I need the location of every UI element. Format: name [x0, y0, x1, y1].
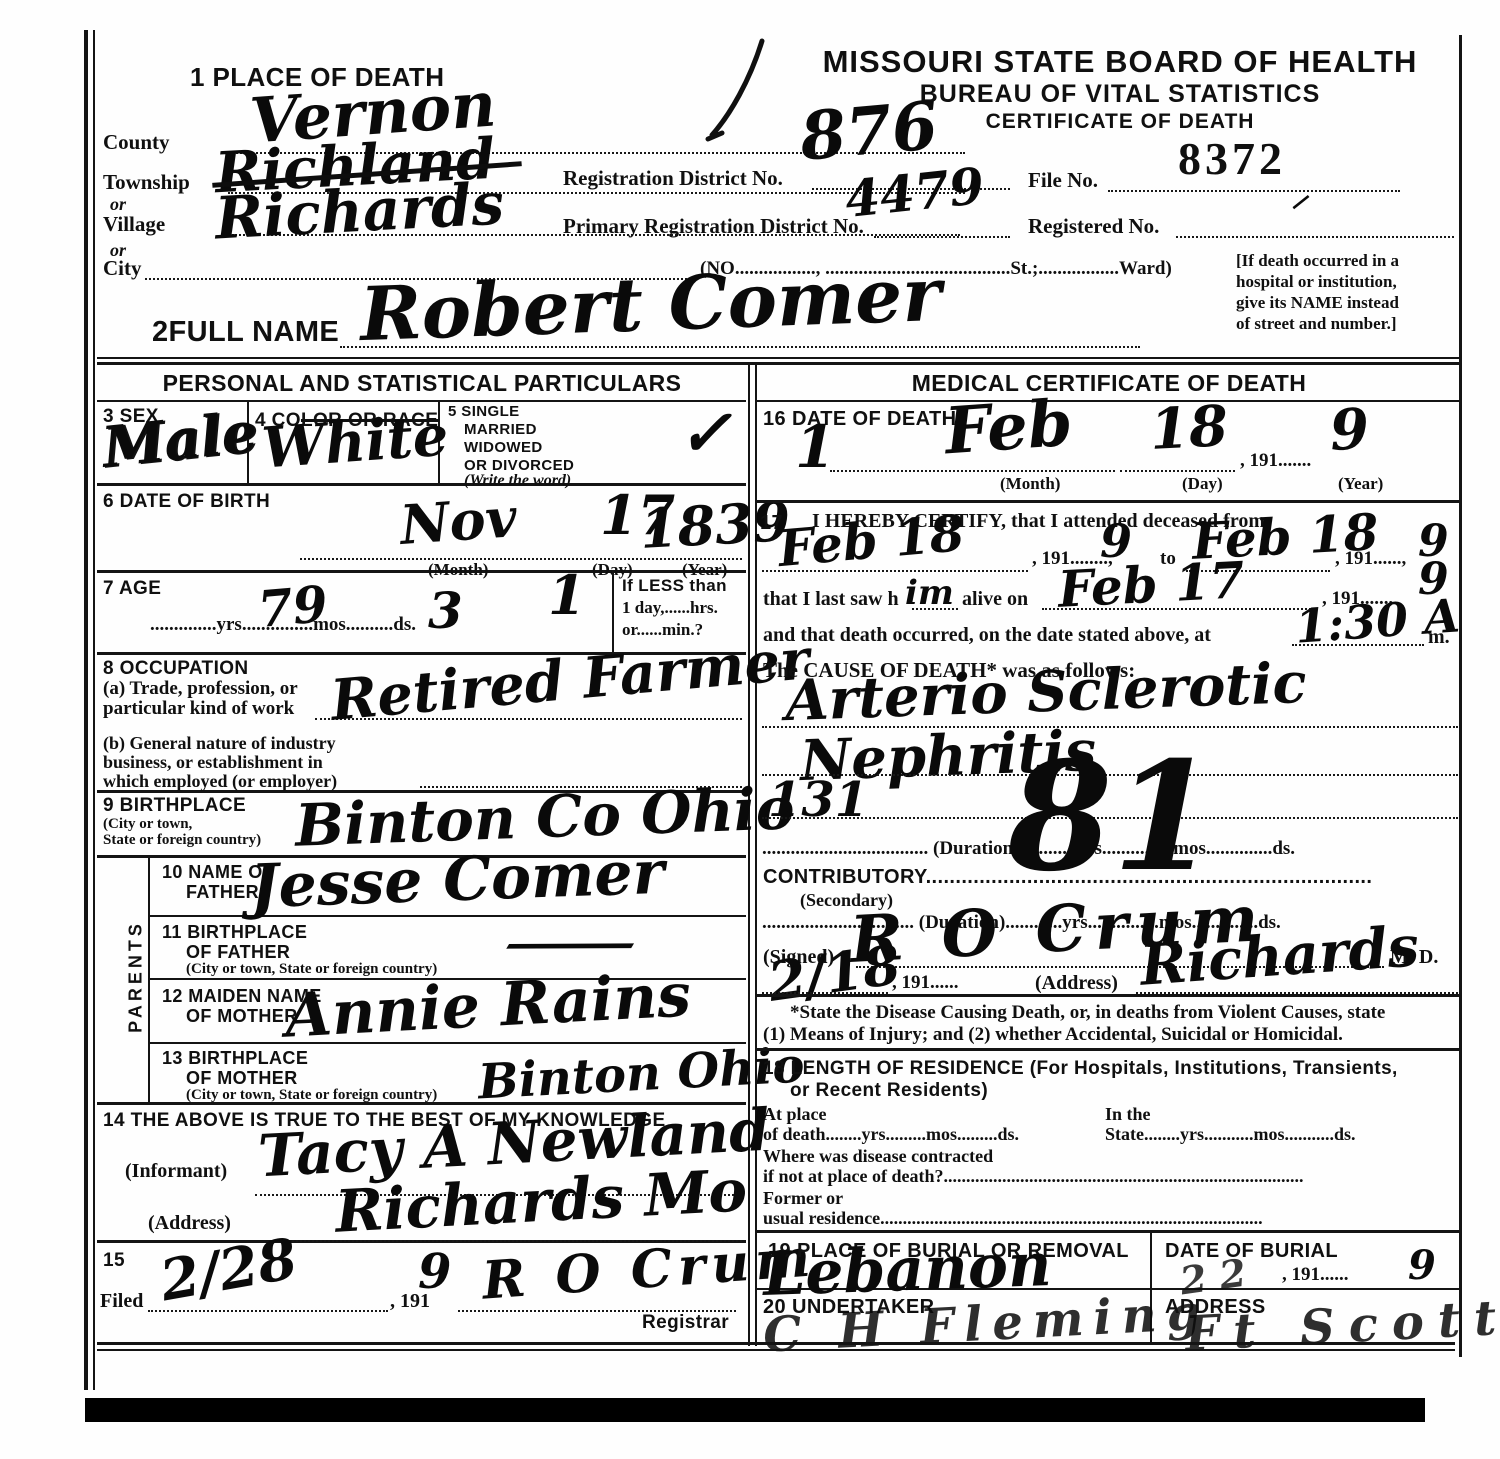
primary-registration-dotted — [874, 234, 1010, 238]
filed-label: Filed — [100, 1290, 143, 1313]
filed-no: 15 — [103, 1250, 125, 1272]
cause-line1-value: Arterio Sclerotic — [784, 655, 1307, 729]
footnote-top-line — [757, 994, 1461, 997]
dob-label: 6 DATE OF BIRTH — [103, 491, 270, 513]
county-label: County — [103, 130, 170, 155]
age-months-value: 3 — [428, 586, 463, 636]
hospital-note-line2: hospital or institution, — [1236, 271, 1426, 292]
band-top-line-2 — [97, 362, 1461, 365]
registration-district-label: Registration District No. — [563, 166, 783, 191]
in-state-label2: State........yrs...........mos..........… — [1105, 1124, 1356, 1145]
mother-bp-label1: 13 BIRTHPLACE — [162, 1048, 308, 1069]
marital-checkmark: ✓ — [678, 402, 732, 466]
dod-month-value: Feb — [943, 392, 1075, 465]
file-no-dotted — [1108, 188, 1400, 192]
contributory-label: CONTRIBUTORY............................… — [763, 866, 1372, 889]
dod-day-dotted — [1120, 468, 1235, 472]
father-bp-label2: OF FATHER — [186, 942, 290, 963]
marital-option-2: MARRIED — [464, 421, 537, 438]
burial-year-value: 9 — [1408, 1246, 1436, 1286]
dod-month-caption: (Month) — [1000, 474, 1060, 494]
right-border — [1459, 35, 1462, 1357]
personal-section-heading: PERSONAL AND STATISTICAL PARTICULARS — [97, 370, 747, 397]
registration-district-value: 876 — [797, 92, 940, 170]
residence-label-line1: 18 LENGTH OF RESIDENCE (For Hospitals, I… — [763, 1058, 1398, 1080]
last-saw-h-scrawl: im — [905, 576, 954, 610]
father-name-label2: FATHER — [186, 882, 259, 903]
dob-month-value: Nov — [398, 490, 518, 552]
dob-bottom — [97, 570, 746, 573]
village-label: Village — [103, 212, 165, 237]
birthplace-label: 9 BIRTHPLACE — [103, 795, 246, 817]
left-band-bottom — [97, 400, 746, 402]
footnote-bottom-line — [757, 1048, 1461, 1051]
registered-no-tick: ⸍ — [1288, 192, 1305, 226]
occupation-a-line1: (a) Trade, profession, or — [103, 678, 298, 700]
residence-bottom-line — [757, 1230, 1461, 1233]
informant-label: (Informant) — [125, 1160, 227, 1183]
occupation-a-value: Retired Farmer — [328, 631, 811, 729]
sex-value: Male — [99, 404, 259, 476]
primary-registration-label: Primary Registration District No. — [563, 214, 864, 239]
former-label2: usual residence.........................… — [763, 1208, 1263, 1229]
board-title: MISSOURI STATE BOARD OF HEALTH — [800, 44, 1440, 80]
burial-year-print: , 191...... — [1282, 1264, 1349, 1286]
mother-name-label2: OF MOTHER — [186, 1006, 298, 1027]
file-no-label: File No. — [1028, 168, 1098, 193]
full-name-value: Robert Comer — [359, 258, 942, 352]
last-saw-dotted-1 — [912, 606, 958, 610]
at-place-label1: At place — [763, 1104, 826, 1125]
birthplace-sub1: (City or town, — [103, 816, 192, 833]
marital-option-3: WIDOWED — [464, 439, 543, 456]
age-subbox-divider — [612, 570, 614, 652]
registered-no-dotted — [1176, 234, 1454, 238]
last-saw-value: Feb 17 — [1057, 555, 1246, 615]
hospital-note-line1: [If death occurred in a — [1236, 250, 1426, 271]
father-name-value: Jesse Comer — [249, 843, 665, 917]
stray-ink-mark — [700, 35, 770, 155]
bottom-black-bar — [85, 1398, 1425, 1422]
death-certificate-scan: MISSOURI STATE BOARD OF HEALTH BUREAU OF… — [0, 0, 1500, 1459]
village-value: Richards — [214, 174, 506, 247]
left-border-inner — [93, 30, 95, 1390]
registered-no-label: Registered No. — [1028, 214, 1159, 239]
dod-year-caption: (Year) — [1338, 474, 1383, 494]
left-border-outer — [84, 30, 88, 1390]
residence-label-line2: or Recent Residents) — [790, 1080, 988, 1102]
full-name-label: 2FULL NAME — [152, 316, 339, 349]
dob-month-caption: (Month) — [428, 560, 488, 580]
filed-year-value: 9 — [418, 1248, 451, 1296]
attended-from-value: Feb 18 — [776, 508, 966, 574]
age-less-line2: 1 day,......hrs. — [622, 598, 718, 618]
signed-date-value: 2/18 — [765, 937, 904, 1009]
hospital-note-line3: give its NAME instead — [1236, 292, 1426, 313]
footnote-line1: *State the Disease Causing Death, or, in… — [790, 1002, 1385, 1024]
bottom-double-line-1 — [97, 1342, 1455, 1345]
father-bp-label1: 11 BIRTHPLACE — [162, 922, 307, 943]
primary-registration-value: 4479 — [843, 161, 987, 225]
band-top-line-1 — [97, 357, 1461, 359]
contracted-label2: if not at place of death?...............… — [763, 1166, 1303, 1187]
mother-name-value: Annie Rains — [284, 965, 693, 1046]
bottom-double-line-2 — [97, 1349, 1455, 1351]
signed-address-label: (Address) — [1035, 972, 1118, 995]
medical-section-heading: MEDICAL CERTIFICATE OF DEATH — [757, 370, 1461, 397]
occupation-a-line2: particular kind of work — [103, 698, 294, 720]
dod-month-dotted — [830, 468, 1115, 472]
age-less-line1: If LESS than — [622, 576, 727, 596]
alive-on-label: alive on — [962, 588, 1028, 611]
dod-day-value: 18 — [1149, 398, 1230, 458]
township-label: Township — [103, 170, 190, 195]
occupation-b-line2: business, or establishment in — [103, 752, 323, 773]
last-saw-label: that I last saw h — [763, 588, 899, 611]
signed-year-print: , 191...... — [892, 972, 959, 994]
occupation-b-line1: (b) General nature of industry — [103, 733, 336, 754]
hospital-note: [If death occurred in a hospital or inst… — [1236, 250, 1426, 334]
age-years-value: 79 — [256, 579, 330, 635]
color-value: White — [260, 408, 450, 477]
registrar-label: Registrar — [642, 1312, 729, 1334]
at-place-label2: of death........yrs.........mos.........… — [763, 1124, 1019, 1145]
age-label: 7 AGE — [103, 578, 161, 600]
birthplace-sub2: State or foreign country) — [103, 832, 261, 849]
parents-vertical-label: PARENTS — [126, 917, 147, 1037]
occupation-b-line3: which employed (or employer) — [103, 771, 337, 792]
dod-year-prefix: , 191....... — [1240, 450, 1311, 472]
informant-address-label: (Address) — [148, 1212, 231, 1235]
death-occurred-label: and that death occurred, on the date sta… — [763, 624, 1211, 647]
city-label: City — [103, 256, 142, 281]
age-days-value: 1 — [548, 568, 586, 622]
dod-year-value: 9 — [1329, 401, 1371, 459]
attended-from-dotted — [762, 568, 1028, 572]
footnote-line2: (1) Means of Injury; and (2) whether Acc… — [763, 1024, 1343, 1046]
file-no-value: 8372 — [1178, 132, 1286, 185]
dod-day-caption: (Day) — [1182, 474, 1223, 494]
mother-bp-label3: (City or town, State or foreign country) — [186, 1087, 437, 1104]
father-bp-value: — — [499, 923, 641, 964]
attended-to-year-print: , 191......, — [1335, 548, 1406, 570]
mother-bp-label2: OF MOTHER — [186, 1068, 298, 1089]
dod-label: 16 DATE OF DEATH — [763, 408, 956, 431]
signed-address-value: Richards — [1138, 918, 1420, 993]
former-label1: Former or — [763, 1188, 843, 1209]
death-time-value: 1:30 A — [1294, 592, 1462, 649]
in-state-label1: In the — [1105, 1104, 1151, 1125]
contracted-label1: Where was disease contracted — [763, 1146, 993, 1167]
hospital-note-line4: of street and number.] — [1236, 313, 1426, 334]
marital-option-1: 5 SINGLE — [448, 403, 520, 420]
occupation-label: 8 OCCUPATION — [103, 658, 249, 680]
